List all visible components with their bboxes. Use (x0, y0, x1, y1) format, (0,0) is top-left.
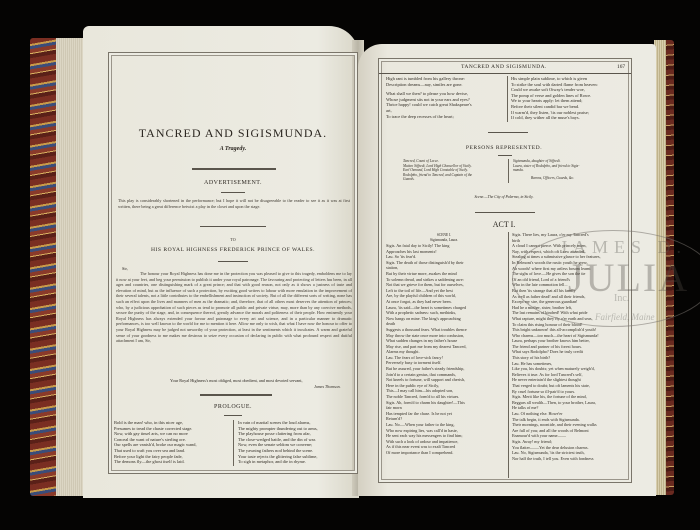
prologue-divider (233, 420, 234, 466)
dialogue-line: Nor half the truth, I tell you. Even wit… (512, 456, 601, 462)
verse-line: In vain of martial scenes the loud alarm… (238, 420, 318, 426)
dedication-text: The honour your Royal Highness has done … (116, 271, 352, 344)
dialogue-line: What sudden changes in my father's house (386, 338, 467, 344)
open-book: TANCRED AND SIGISMUNDA. A Tragedy. ADVER… (0, 0, 700, 530)
advertisement-end-rule (200, 226, 266, 227)
dialogue-line: That verged to doubt; but oft laments hi… (512, 383, 601, 389)
dialogue-line: Now hangs on mine. The king's approachin… (386, 316, 467, 322)
verse-line: Description dreams—nay, similes are gone… (386, 82, 472, 88)
verse-line: The playhouse posse clattering from afar… (238, 431, 318, 437)
verse-line: Thrice happy! could we catch great Shaks… (386, 102, 472, 108)
act-left-column: Sigis. An fatal day to Sicily! The king … (386, 243, 467, 456)
verse-line: His simple plain sublime, to which is gi… (511, 76, 598, 82)
verse-line: To trace the deep recesses of the heart; (386, 114, 472, 120)
dedication-rule (218, 261, 248, 262)
persons-divider (508, 159, 509, 183)
verse-line: To sigh in metaphor, and die in rhyme. (238, 459, 318, 465)
persons-end-rule (475, 212, 535, 213)
verse-line: The demons fly—the ghost itself is laid. (114, 459, 197, 465)
scene-characters: Sigismunda, Laura. (384, 238, 504, 242)
play-subtitle: A Tragedy. (108, 146, 358, 152)
dedication-end-rule (200, 394, 272, 396)
character-entry: Barons, Officers, Guards, &c. (513, 176, 579, 181)
dialogue-line: But by their virtue more, awakes the min… (386, 271, 467, 277)
verse-line: That used to waft you over sea and land. (114, 448, 197, 454)
prologue-rule (224, 415, 242, 416)
dedication-signature: James Thomson. (314, 384, 341, 389)
advertisement-heading: ADVERTISEMENT. (108, 180, 358, 186)
dialogue-line: Not that we grieve for them, but for our… (386, 282, 467, 288)
persons-rule (498, 155, 512, 156)
verse-line: What shall we then? to please you how de… (386, 91, 472, 97)
dialogue-line: With a prophetic sadness: such, methinks… (386, 310, 467, 316)
persons-heading: PERSONS REPRESENTED. (378, 145, 630, 151)
verse-line: The yawning fathers nod behind the scene… (238, 448, 318, 454)
verse-line: High rant is tumbled from his gallery th… (386, 76, 472, 82)
dedication-closing: Your Royal Highness's most obliged, most… (170, 378, 303, 383)
title-rule (192, 168, 276, 170)
dedication-to: TO (108, 237, 358, 242)
dialogue-line: Lau. No.—When your father to the king, (386, 422, 467, 428)
verse-line: Could we awake soft Otway's tender woe, (511, 87, 598, 93)
running-head-rule (379, 73, 631, 74)
prologue-continued-divider (507, 76, 508, 122)
persons-right-column: Sigismunda, daughter of Siffredi. Laura,… (513, 159, 579, 180)
page-edges-left (56, 38, 86, 496)
prologue-right-column: In vain of martial scenes the loud alarm… (238, 420, 318, 465)
prologue-left-column: Bold is the man! who, in this nicer age,… (114, 420, 197, 465)
dialogue-line: Suggests a thousand fears. What troubles… (386, 327, 467, 333)
scene-setting: Scene.—The City of Palermo, in Sicily. (378, 195, 630, 199)
page-number: 167 (617, 64, 625, 70)
character-entry: Guards. (403, 177, 472, 182)
verse-line: Now, with gay tinsel arts, we can no mor… (114, 431, 197, 437)
dialogue-line: He sent each way his messengers to find … (386, 433, 467, 439)
play-title: TANCRED AND SIGISMUNDA. (108, 126, 358, 141)
act-column-divider (508, 232, 509, 478)
dedication-heading: HIS ROYAL HIGHNESS FREDERICK PRINCE OF W… (108, 247, 358, 253)
watermark-location-text: Fairfield, Maine (595, 312, 655, 322)
act-heading: ACT I. (378, 220, 630, 229)
running-head: TANCRED AND SIGISMUNDA. (378, 64, 630, 70)
prologue-heading: PROLOGUE. (108, 404, 358, 410)
prologue-continued-left: High rant is tumbled from his gallery th… (386, 76, 472, 119)
dialogue-line: Their mornings, noontide, and their even… (512, 422, 601, 428)
prologue-continued-right: His simple plain sublime, to which is gi… (511, 76, 598, 121)
dialogue-line: This bright unknown! this all-accomplish… (512, 327, 601, 333)
persons-left-column: Tancred, Count of Lecce. Matteo Siffredi… (403, 159, 472, 182)
dialogue-line: Of more importance than I comprehend. (386, 450, 467, 456)
dialogue-line: The noble Tancred, form'd to all his vir… (386, 394, 467, 400)
advertisement-rule (221, 192, 245, 193)
advertisement-text: This play is considerably shortened in t… (118, 198, 350, 209)
prologue-end-rule (488, 132, 528, 133)
dialogue-line: But be assured, your father's steady fri… (386, 366, 467, 372)
scene-heading: SCENE I. (384, 233, 504, 237)
left-page-frame (108, 52, 358, 474)
verse-line: If cold, they wither all the muse's bays… (511, 115, 598, 121)
watermark-inc-text: Inc. (614, 293, 629, 304)
